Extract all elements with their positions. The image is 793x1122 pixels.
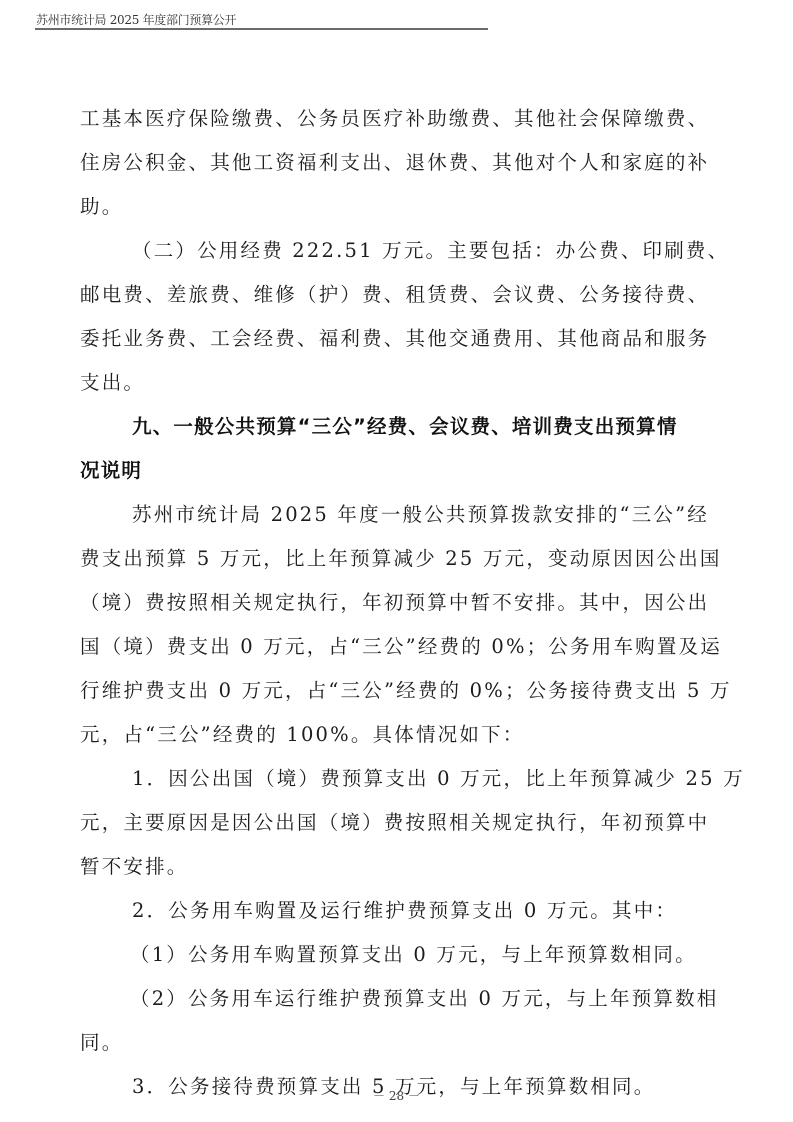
paragraph-line: 行维护费支出 0 万元，占“三公”经费的 0%；公务接待费支出 5 万 <box>80 669 714 713</box>
paragraph-line: 费支出预算 5 万元，比上年预算减少 25 万元，变动原因因公出国 <box>80 537 714 581</box>
paragraph-line: （境）费按照相关规定执行，年初预算中暂不安排。其中，因公出 <box>80 581 714 625</box>
paragraph-line: 助。 <box>80 185 714 229</box>
paragraph-line: 苏州市统计局 2025 年度一般公共预算拨款安排的“三公”经 <box>80 493 714 537</box>
paragraph-line: 支出。 <box>80 361 714 405</box>
section-heading: 九、一般公共预算“三公”经费、会议费、培训费支出预算情 <box>80 405 714 449</box>
paragraph-line: 邮电费、差旅费、维修（护）费、租赁费、会议费、公务接待费、 <box>80 273 714 317</box>
list-item-line: 2．公务用车购置及运行维护费预算支出 0 万元。其中： <box>80 889 714 933</box>
list-item-line: 1．因公出国（境）费预算支出 0 万元，比上年预算减少 25 万 <box>80 757 714 801</box>
paragraph-line: 住房公积金、其他工资福利支出、退休费、其他对个人和家庭的补 <box>80 141 714 185</box>
section-heading: 况说明 <box>80 449 714 493</box>
header-divider <box>35 28 488 30</box>
paragraph-line: 元，占“三公”经费的 100%。具体情况如下： <box>80 713 714 757</box>
paragraph-line: 委托业务费、工会经费、福利费、其他交通费用、其他商品和服务 <box>80 317 714 361</box>
list-item-line: 暂不安排。 <box>80 845 714 889</box>
sub-list-item-line: （1）公务用车购置预算支出 0 万元，与上年预算数相同。 <box>80 933 714 977</box>
paragraph-line: 工基本医疗保险缴费、公务员医疗补助缴费、其他社会保障缴费、 <box>80 97 714 141</box>
page-number: － 28 － <box>0 1087 793 1104</box>
sub-list-item-line: 同。 <box>80 1021 714 1065</box>
paragraph-line: 国（境）费支出 0 万元，占“三公”经费的 0%；公务用车购置及运 <box>80 625 714 669</box>
page-header: 苏州市统计局 2025 年度部门预算公开 <box>36 12 488 28</box>
paragraph-line: （二）公用经费 222.51 万元。主要包括：办公费、印刷费、 <box>80 229 714 273</box>
sub-list-item-line: （2）公务用车运行维护费预算支出 0 万元，与上年预算数相 <box>80 977 714 1021</box>
document-body: 工基本医疗保险缴费、公务员医疗补助缴费、其他社会保障缴费、 住房公积金、其他工资… <box>80 97 714 1109</box>
list-item-line: 元，主要原因是因公出国（境）费按照相关规定执行，年初预算中 <box>80 801 714 845</box>
